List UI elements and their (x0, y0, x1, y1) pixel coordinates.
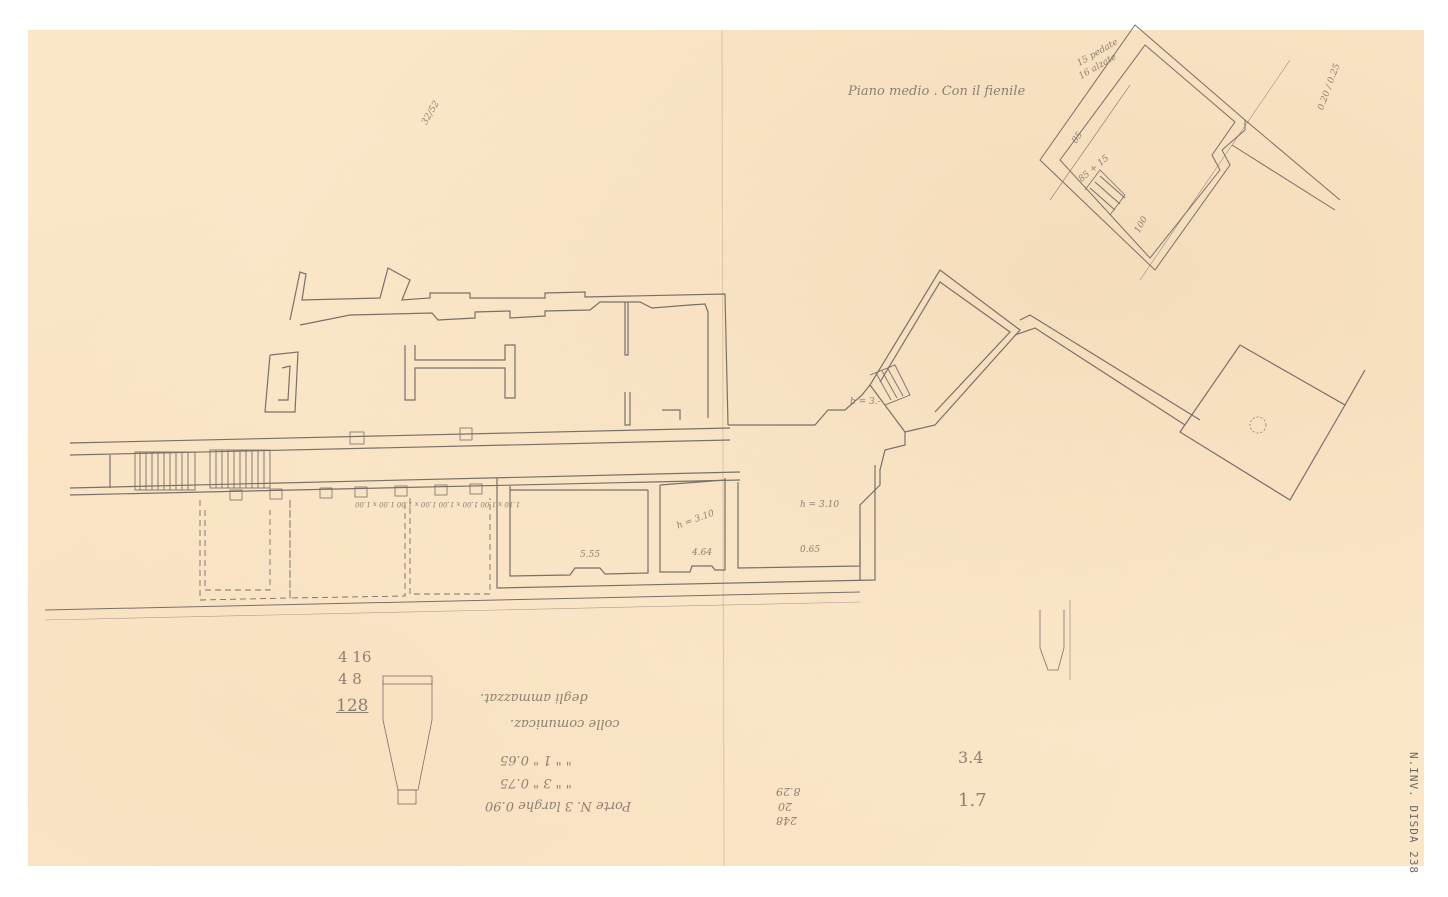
inverted-note: " " 3 " 0.75 (500, 775, 572, 790)
calculation: 4 8 (338, 670, 362, 688)
inverted-note: colle comunicaz. (510, 716, 620, 731)
calculation: 3.4 (958, 748, 983, 767)
calculation: 4 16 (338, 648, 371, 666)
calculation: 1.7 (958, 790, 987, 811)
room-width-label: 4.64 (692, 548, 712, 558)
corridor-dimensions: 1.10 x 1.00 1.00 x 1.00 1.00 x 1.00 1.00… (355, 500, 520, 508)
title-note: Piano medio . Con il fienile (848, 84, 1025, 99)
room-width-label: 0.65 (800, 545, 820, 555)
room-width-label: 5.55 (580, 550, 600, 560)
inverted-note: " " 1 " 0.65 (500, 752, 572, 767)
floor-plan-drawing (0, 0, 1448, 897)
calculation: 128 (336, 696, 368, 716)
archive-stamp: N.INV. DISDA 238 (1407, 752, 1420, 874)
calculation: 248 (776, 814, 797, 827)
inverted-note: degli ammazzat. (480, 690, 588, 705)
room-height-label: h = 3.10 (800, 500, 839, 510)
inverted-note: Porte N. 3 larghe 0.90 (485, 798, 631, 813)
calculation: 20 (778, 800, 792, 813)
calculation: 8.29 (776, 785, 801, 798)
room-height-label: h = 3.- (850, 397, 881, 407)
